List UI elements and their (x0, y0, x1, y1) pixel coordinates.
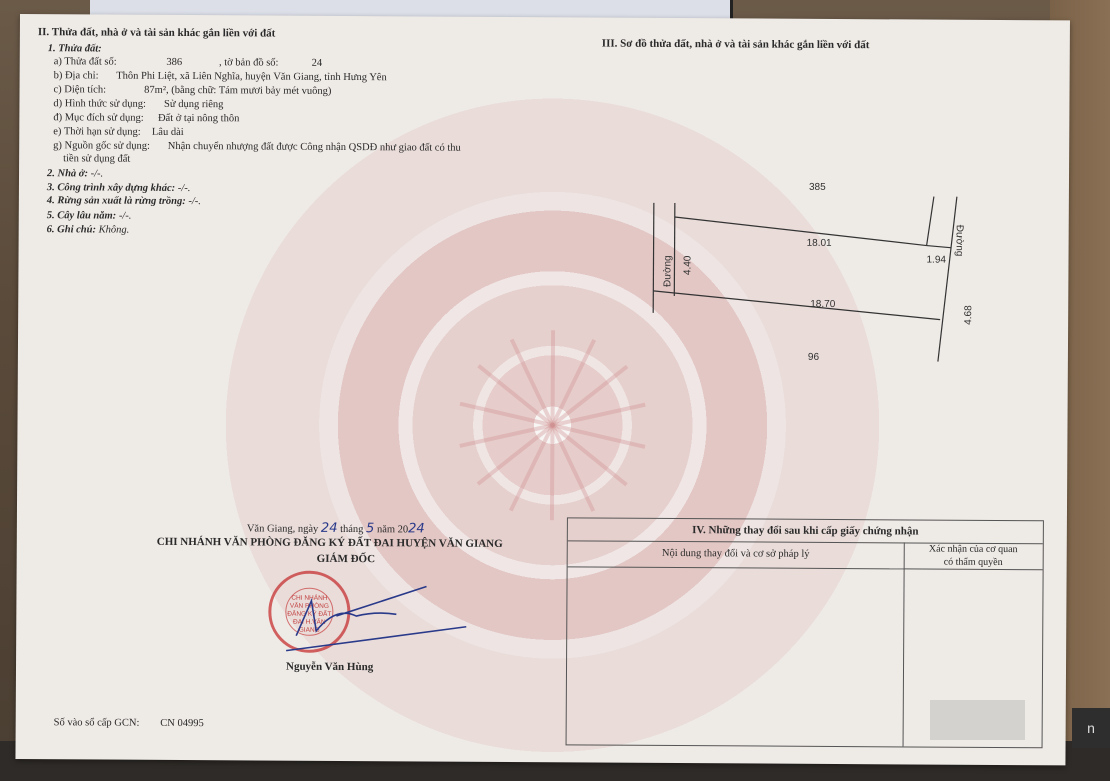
parcel-number: 386 (166, 57, 216, 70)
address-value: Thôn Phi Liệt, xã Liên Nghĩa, huyện Văn … (116, 71, 387, 85)
other-works-value: -/-. (178, 183, 191, 194)
use-form-row: d) Hình thức sử dụng: Sử dụng riêng (53, 98, 223, 112)
registry-label: Số vào sổ cấp GCN: (54, 717, 158, 730)
term-label: e) Thời hạn sử dụng: (53, 126, 149, 139)
note-value: Không. (99, 224, 130, 235)
changes-content-cell (567, 567, 905, 746)
east-road-label: Đường (954, 225, 965, 257)
note-label: 6. Ghi chú: (47, 224, 96, 235)
perennial-row: 5. Cây lâu năm: -/-. (47, 210, 132, 223)
address-row: b) Địa chỉ: Thôn Phi Liệt, xã Liên Nghĩa… (54, 70, 387, 85)
top-edge-length: 18.01 (807, 238, 833, 249)
land-heading: 1. Thửa đất: (48, 43, 102, 56)
area-value: 87m², (bằng chữ: Tám mươi bảy mét vuông) (144, 85, 331, 99)
house-row: 2. Nhà ở: -/-. (47, 168, 103, 181)
east-edge-length: 4.68 (963, 305, 974, 325)
address-label: b) Địa chỉ: (54, 70, 114, 83)
west-road-label: Đường (662, 255, 673, 287)
purpose-row: đ) Mục đích sử dụng: Đất ở tại nông thôn (53, 112, 239, 126)
land-certificate-page: II. Thửa đất, nhà ở và tài sản khác gắn … (15, 14, 1070, 765)
confirmation-header-line1: Xác nhận của cơ quan (904, 542, 1043, 556)
term-row: e) Thời hạn sử dụng: Lâu dài (53, 126, 183, 139)
west-edge-length: 4.40 (682, 255, 693, 275)
changes-column-content: Nội dung thay đổi và cơ sở pháp lý (568, 540, 905, 569)
purpose-label: đ) Mục đích sử dụng: (53, 112, 155, 125)
term-value: Lâu dài (152, 127, 184, 140)
issue-day: 24 (321, 521, 338, 536)
origin-label: g) Nguồn gốc sử dụng: (53, 140, 165, 153)
section-3-title: III. Sơ đồ thửa đất, nhà ở và tài sản kh… (602, 38, 870, 53)
origin-value: Nhận chuyển nhượng đất được Công nhận QS… (168, 141, 461, 155)
area-label: c) Diện tích: (53, 84, 141, 97)
month-label: tháng (340, 524, 363, 535)
bottom-edge-length: 18.70 (810, 299, 836, 310)
issue-year-suffix: 24 (408, 521, 425, 536)
other-works-label: 3. Công trình xây dựng khác: (47, 182, 175, 194)
note-row: 6. Ghi chú: Không. (47, 224, 130, 237)
confirmation-header-line2: có thẩm quyền (904, 555, 1043, 569)
other-works-row: 3. Công trình xây dựng khác: -/-. (47, 182, 190, 195)
area-row: c) Diện tích: 87m², (bằng chữ: Tám mươi … (53, 84, 331, 98)
perennial-value: -/-. (119, 211, 132, 222)
purpose-value: Đất ở tại nông thôn (158, 113, 239, 126)
forest-row: 4. Rừng sản xuất là rừng trồng: -/-. (47, 195, 201, 209)
use-form-value: Sử dụng riêng (164, 99, 223, 112)
issuing-agency: CHI NHÁNH VĂN PHÒNG ĐĂNG KÝ ĐẤT ĐAI HUYỆ… (157, 536, 503, 551)
section-2-title: II. Thửa đất, nhà ở và tài sản khác gắn … (38, 26, 275, 41)
redacted-area (930, 700, 1025, 740)
use-form-label: d) Hình thức sử dụng: (53, 98, 161, 111)
parcel-label: a) Thửa đất số: (54, 56, 164, 69)
house-label: 2. Nhà ở: (47, 168, 88, 179)
registry-number: CN 04995 (160, 718, 204, 731)
east-short-length: 1.94 (926, 255, 946, 266)
parcel-sketch-drawing: 385 96 18.01 18.70 1.94 Đường 4.40 Đường… (638, 173, 1019, 405)
watermark-logo: n (1072, 708, 1110, 748)
south-neighbor-label: 96 (808, 352, 820, 363)
handwritten-signature-icon (276, 576, 476, 657)
issue-date-line: Văn Giang, ngày 24 tháng 5 năm 2024 (247, 520, 425, 537)
map-sheet-number: 24 (312, 58, 323, 71)
parcel-sketch: 385 96 18.01 18.70 1.94 Đường 4.40 Đường… (638, 173, 1019, 405)
registry-row: Số vào sổ cấp GCN: CN 04995 (54, 717, 204, 731)
issue-month: 5 (366, 521, 374, 536)
signer-name: Nguyễn Văn Hùng (286, 661, 373, 675)
changes-column-confirmation: Xác nhận của cơ quan có thẩm quyền (904, 542, 1043, 570)
house-value: -/-. (91, 168, 104, 179)
place-date-prefix: Văn Giang, ngày (247, 523, 319, 534)
origin-continuation: tiền sử dụng đất (63, 153, 130, 166)
map-sheet-label: , tờ bản đồ số: (219, 57, 309, 70)
forest-value: -/-. (188, 196, 201, 207)
north-neighbor-label: 385 (809, 182, 826, 193)
parcel-row: a) Thửa đất số: 386 , tờ bản đồ số: 24 (54, 56, 322, 70)
forest-label: 4. Rừng sản xuất là rừng trồng: (47, 195, 186, 207)
signer-role: GIÁM ĐỐC (317, 553, 375, 567)
year-label: năm 20 (377, 524, 408, 535)
perennial-label: 5. Cây lâu năm: (47, 210, 117, 221)
